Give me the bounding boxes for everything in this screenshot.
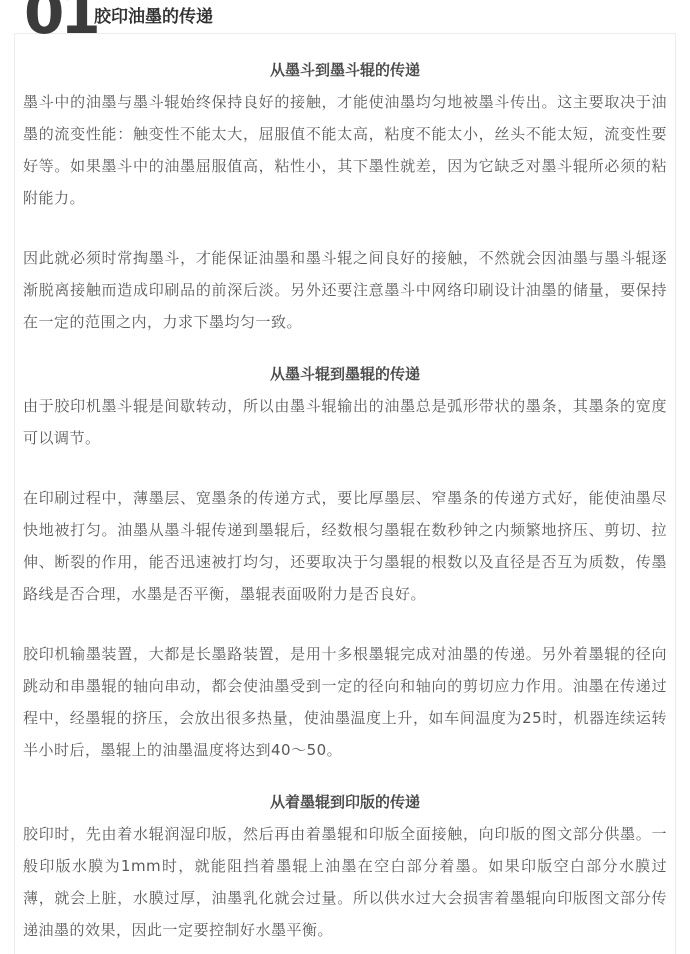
section-heading: 从墨斗辊到墨辊的传递	[23, 358, 667, 390]
paragraph: 因此就必须时常掏墨斗，才能保证油墨和墨斗辊之间良好的接触，不然就会因油墨与墨斗辊…	[23, 242, 667, 338]
section-heading: 从墨斗到墨斗辊的传递	[23, 54, 667, 86]
article-card: 从墨斗到墨斗辊的传递 墨斗中的油墨与墨斗辊始终保持良好的接触，才能使油墨均匀地被…	[14, 33, 676, 954]
article-header: 01 胶印油墨的传递	[0, 0, 690, 40]
page-title: 胶印油墨的传递	[94, 6, 213, 28]
section-number-badge: 01	[24, 0, 97, 42]
section-form-roller-to-plate: 从着墨辊到印版的传递 胶印时，先由着水辊润湿印版，然后再由着墨辊和印版全面接触，…	[23, 786, 667, 946]
paragraph: 由于胶印机墨斗辊是间歇转动，所以由墨斗辊输出的油墨总是弧形带状的墨条，其墨条的宽…	[23, 390, 667, 454]
section-heading: 从着墨辊到印版的传递	[23, 786, 667, 818]
paragraph: 胶印机输墨装置，大都是长墨路装置，是用十多根墨辊完成对油墨的传递。另外着墨辊的径…	[23, 638, 667, 766]
section-fountain-roller-to-ink-roller: 从墨斗辊到墨辊的传递 由于胶印机墨斗辊是间歇转动，所以由墨斗辊输出的油墨总是弧形…	[23, 358, 667, 766]
section-ink-fountain-to-roller: 从墨斗到墨斗辊的传递 墨斗中的油墨与墨斗辊始终保持良好的接触，才能使油墨均匀地被…	[23, 54, 667, 338]
paragraph: 墨斗中的油墨与墨斗辊始终保持良好的接触，才能使油墨均匀地被墨斗传出。这主要取决于…	[23, 86, 667, 214]
paragraph: 胶印时，先由着水辊润湿印版，然后再由着墨辊和印版全面接触，向印版的图文部分供墨。…	[23, 818, 667, 946]
paragraph: 在印刷过程中，薄墨层、宽墨条的传递方式，要比厚墨层、窄墨条的传递方式好，能使油墨…	[23, 482, 667, 610]
